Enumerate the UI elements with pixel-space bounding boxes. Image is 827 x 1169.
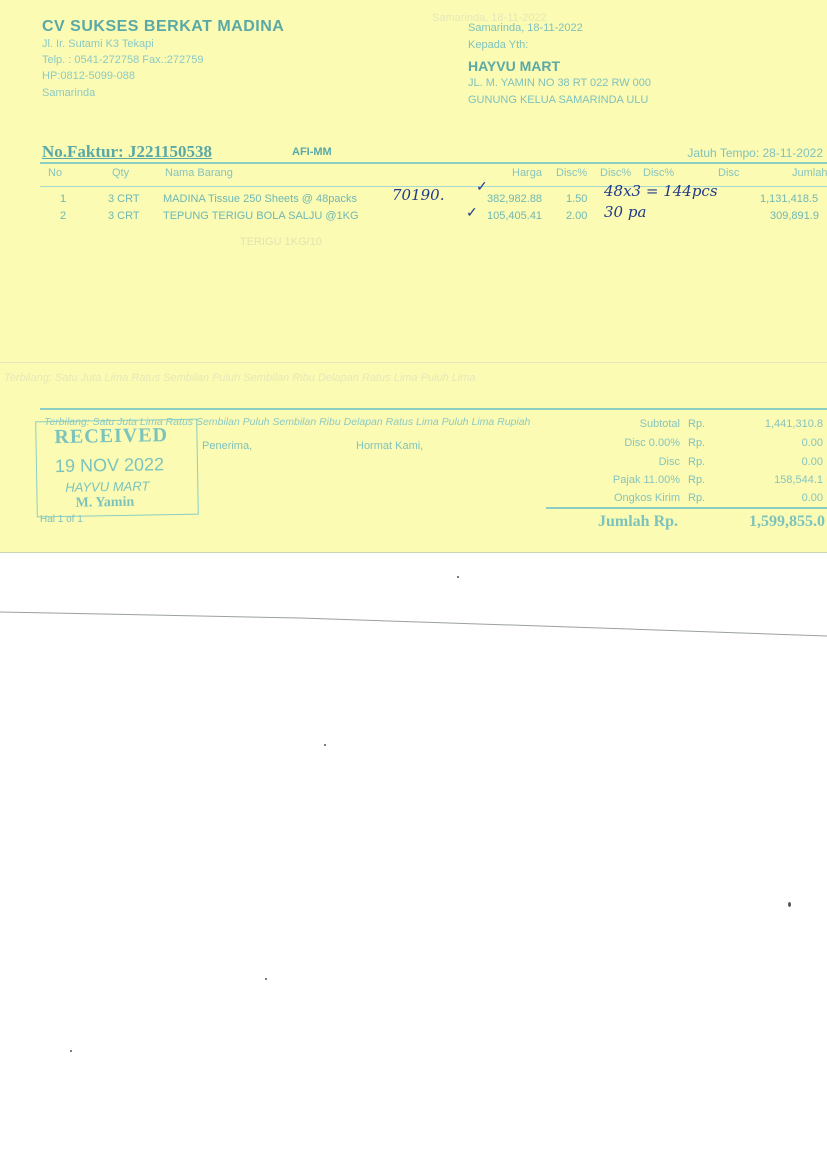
scan-edge-line bbox=[0, 610, 827, 640]
recipient-address-1: JL. M. YAMIN NO 38 RT 022 RW 000 bbox=[468, 77, 651, 89]
currency: Rp. bbox=[688, 418, 705, 430]
col-disc3: Disc% bbox=[643, 167, 674, 179]
tax-value: 158,544.1 bbox=[774, 474, 823, 486]
row-no: 1 bbox=[60, 193, 66, 205]
stamp-name: M. Yamin bbox=[75, 495, 134, 512]
row-amount: 1,131,418.5 bbox=[760, 193, 818, 205]
invoice-number: No.Faktur: J221150538 bbox=[42, 142, 212, 162]
ghost-terbilang: Terbilang: Satu Juta Lima Ratus Sembilan… bbox=[4, 372, 476, 384]
receiver-label: Penerima, bbox=[202, 440, 252, 452]
shipping-label: Ongkos Kirim bbox=[580, 492, 680, 504]
row-disc: 1.50 bbox=[566, 193, 587, 205]
recipient-name: HAYVU MART bbox=[468, 58, 560, 74]
row-qty: 3 CRT bbox=[108, 210, 140, 222]
row-no: 2 bbox=[60, 210, 66, 222]
to-label: Kepada Yth: bbox=[468, 39, 528, 51]
row-disc: 2.00 bbox=[566, 210, 587, 222]
row-qty: 3 CRT bbox=[108, 193, 140, 205]
stamp-store: HAYVU MART bbox=[65, 478, 149, 494]
handwritten-note-pa: 30 pa bbox=[604, 203, 646, 221]
tax-label: Pajak 11.00% bbox=[580, 474, 680, 486]
currency: Rp. bbox=[688, 474, 705, 486]
col-disc: Disc bbox=[718, 167, 739, 179]
col-qty: Qty bbox=[112, 167, 129, 179]
row-price: 105,405.41 bbox=[487, 210, 542, 222]
supplier-mobile: HP:0812-5099-088 bbox=[42, 70, 135, 82]
speck bbox=[324, 744, 326, 746]
col-disc2: Disc% bbox=[600, 167, 631, 179]
sales-code: AFI-MM bbox=[292, 146, 332, 158]
subtotal-label: Subtotal bbox=[580, 418, 680, 430]
handwritten-note-qty: 48x3 = 144pcs bbox=[604, 182, 718, 200]
col-item: Nama Barang bbox=[165, 167, 233, 179]
speck bbox=[70, 1050, 72, 1052]
header-rule bbox=[40, 162, 827, 164]
invoice-paper: Samarinda, 18-11-2022 Terbilang: Satu Ju… bbox=[0, 0, 827, 553]
grand-total-value: 1,599,855.0 bbox=[749, 513, 825, 531]
invoice-number-value: J221150538 bbox=[128, 142, 212, 161]
place-date: Samarinda, 18-11-2022 bbox=[468, 22, 583, 34]
footer-rule bbox=[40, 408, 827, 410]
currency: Rp. bbox=[688, 456, 705, 468]
stamp-date: 19 NOV 2022 bbox=[55, 454, 164, 477]
supplier-city: Samarinda bbox=[42, 87, 95, 99]
stamp-title: RECEIVED bbox=[54, 424, 168, 449]
sender-label: Hormat Kami, bbox=[356, 440, 423, 452]
received-stamp: RECEIVED 19 NOV 2022 HAYVU MART M. Yamin bbox=[35, 419, 199, 518]
ghost-rule bbox=[0, 362, 827, 363]
row-amount: 309,891.9 bbox=[770, 210, 819, 222]
recipient-address-2: GUNUNG KELUA SAMARINDA ULU bbox=[468, 94, 648, 106]
disc-pct-label: Disc 0.00% bbox=[580, 437, 680, 449]
speck bbox=[788, 902, 791, 907]
supplier-name: CV SUKSES BERKAT MADINA bbox=[42, 18, 284, 36]
grand-total-label: Jumlah Rp. bbox=[598, 513, 678, 531]
subtotal-value: 1,441,310.8 bbox=[765, 418, 823, 430]
currency: Rp. bbox=[688, 492, 705, 504]
row-item: TEPUNG TERIGU BOLA SALJU @1KG bbox=[163, 210, 359, 222]
row-price: 382,982.88 bbox=[487, 193, 542, 205]
col-price: Harga bbox=[512, 167, 542, 179]
due-date: Jatuh Tempo: 28-11-2022 bbox=[687, 146, 823, 160]
disc-value: 0.00 bbox=[802, 456, 823, 468]
disc-label: Disc bbox=[580, 456, 680, 468]
col-amount: Jumlah bbox=[792, 167, 827, 179]
shipping-value: 0.00 bbox=[802, 492, 823, 504]
invoice-number-label: No.Faktur: bbox=[42, 142, 124, 161]
supplier-address: Jl. Ir. Sutami K3 Tekapi bbox=[42, 38, 154, 50]
row-item: MADINA Tissue 250 Sheets @ 48packs bbox=[163, 193, 357, 205]
col-no: No bbox=[48, 167, 62, 179]
currency: Rp. bbox=[688, 437, 705, 449]
handwritten-code: 70190. bbox=[392, 186, 445, 204]
ghost-item: TERIGU 1KG/10 bbox=[240, 236, 322, 248]
checkmark-icon: ✓ bbox=[476, 178, 488, 195]
speck bbox=[265, 978, 267, 980]
total-rule bbox=[546, 507, 827, 509]
disc-pct-value: 0.00 bbox=[802, 437, 823, 449]
supplier-phone: Telp. : 0541-272758 Fax.:272759 bbox=[42, 54, 203, 66]
checkmark-icon: ✓ bbox=[466, 204, 478, 221]
col-disc1: Disc% bbox=[556, 167, 587, 179]
speck bbox=[457, 576, 459, 578]
